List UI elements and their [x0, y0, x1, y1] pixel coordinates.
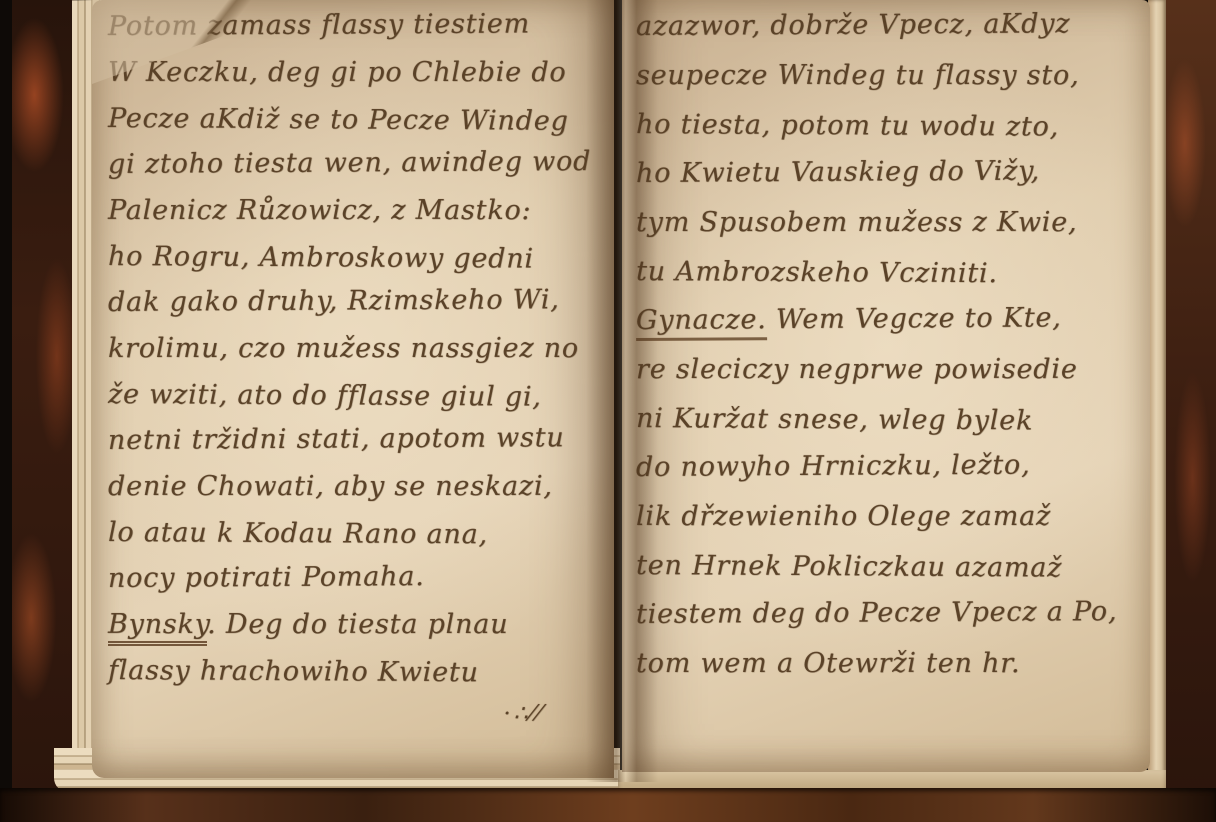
manuscript-line: dak gako druhy, Rzimskeho Wi, — [108, 277, 608, 326]
end-flourish: ·∴⁄⁄ — [108, 691, 608, 740]
manuscript-line: re sleciczy negprwe powisedie — [636, 345, 1146, 394]
right-page: azazwor, dobrže Vpecz, aKdyz seupecze Wi… — [622, 0, 1150, 772]
section-heading-bynsky: Bynsky — [108, 609, 207, 646]
manuscript-line: tom wem a Otewrži ten hr. — [636, 639, 1146, 688]
right-page-text: azazwor, dobrže Vpecz, aKdyz seupecze Wi… — [622, 0, 1150, 772]
manuscript-line: azazwor, dobrže Vpecz, aKdyz — [636, 0, 1146, 51]
manuscript-line: Palenicz Růzowicz, z Mastko: — [108, 188, 608, 234]
manuscript-line: Pecze aKdiž se to Pecze Windeg — [108, 96, 608, 145]
heading-line-rest: Wem Vegcze to Kte, — [767, 302, 1062, 335]
manuscript-line: že wziti, ato do fflasse giul gi, — [108, 372, 608, 421]
left-page: Potom zamass flassy tiestiem W Keczku, d… — [92, 0, 614, 778]
manuscript-line: netni tržidni stati, apotom wstu — [108, 415, 608, 464]
heading-line-rest: . Deg do tiesta plnau — [207, 609, 508, 640]
book-cover-right-edge — [1164, 0, 1216, 796]
manuscript-line: do nowyho Hrniczku, ležto, — [636, 440, 1146, 492]
manuscript-line: ten Hrnek Pokliczkau azamaž — [636, 541, 1146, 593]
section-heading-gynacze: Gynacze. — [636, 304, 767, 341]
manuscript-line: flassy hrachowiho Kwietu — [108, 648, 608, 697]
manuscript-line: ho tiesta, potom tu wodu zto, — [636, 100, 1146, 152]
manuscript-line: lo atau k Kodau Rano ana, — [108, 510, 608, 559]
manuscript-line: denie Chowati, aby se neskazi, — [108, 464, 608, 510]
manuscript-line: W Keczku, deg gi po Chlebie do — [108, 50, 608, 96]
manuscript-line: Bynsky. Deg do tiesta plnau — [108, 602, 608, 648]
manuscript-line: seupecze Windeg tu flassy sto, — [636, 51, 1146, 100]
manuscript-line: ho Rogru, Ambroskowy gedni — [108, 234, 608, 283]
manuscript-line: lik dřzewieniho Olege zamaž — [636, 492, 1146, 541]
manuscript-line: ni Kuržat snese, wleg bylek — [636, 394, 1146, 446]
manuscript-line: ho Kwietu Vauskieg do Vižy, — [636, 146, 1146, 198]
table-surface — [0, 788, 1216, 822]
manuscript-line: tu Ambrozskeho Vcziniti. — [636, 247, 1146, 299]
manuscript-line: tiestem deg do Pecze Vpecz a Po, — [636, 587, 1146, 639]
manuscript-line: Potom zamass flassy tiestiem — [108, 1, 608, 50]
book-spread-photo: Potom zamass flassy tiestiem W Keczku, d… — [0, 0, 1216, 822]
page-fore-edge-right — [1148, 0, 1166, 782]
manuscript-line: gi ztoho tiesta wen, awindeg wod — [108, 139, 608, 188]
manuscript-line: Gynacze. Wem Vegcze to Kte, — [636, 293, 1146, 345]
book-cover-left-edge — [12, 0, 76, 792]
manuscript-line: nocy potirati Pomaha. — [108, 553, 608, 602]
manuscript-line: tym Spusobem mužess z Kwie, — [636, 198, 1146, 247]
manuscript-line: krolimu, czo mužess nassgiez no — [108, 326, 608, 372]
left-page-text: Potom zamass flassy tiestiem W Keczku, d… — [92, 0, 614, 778]
